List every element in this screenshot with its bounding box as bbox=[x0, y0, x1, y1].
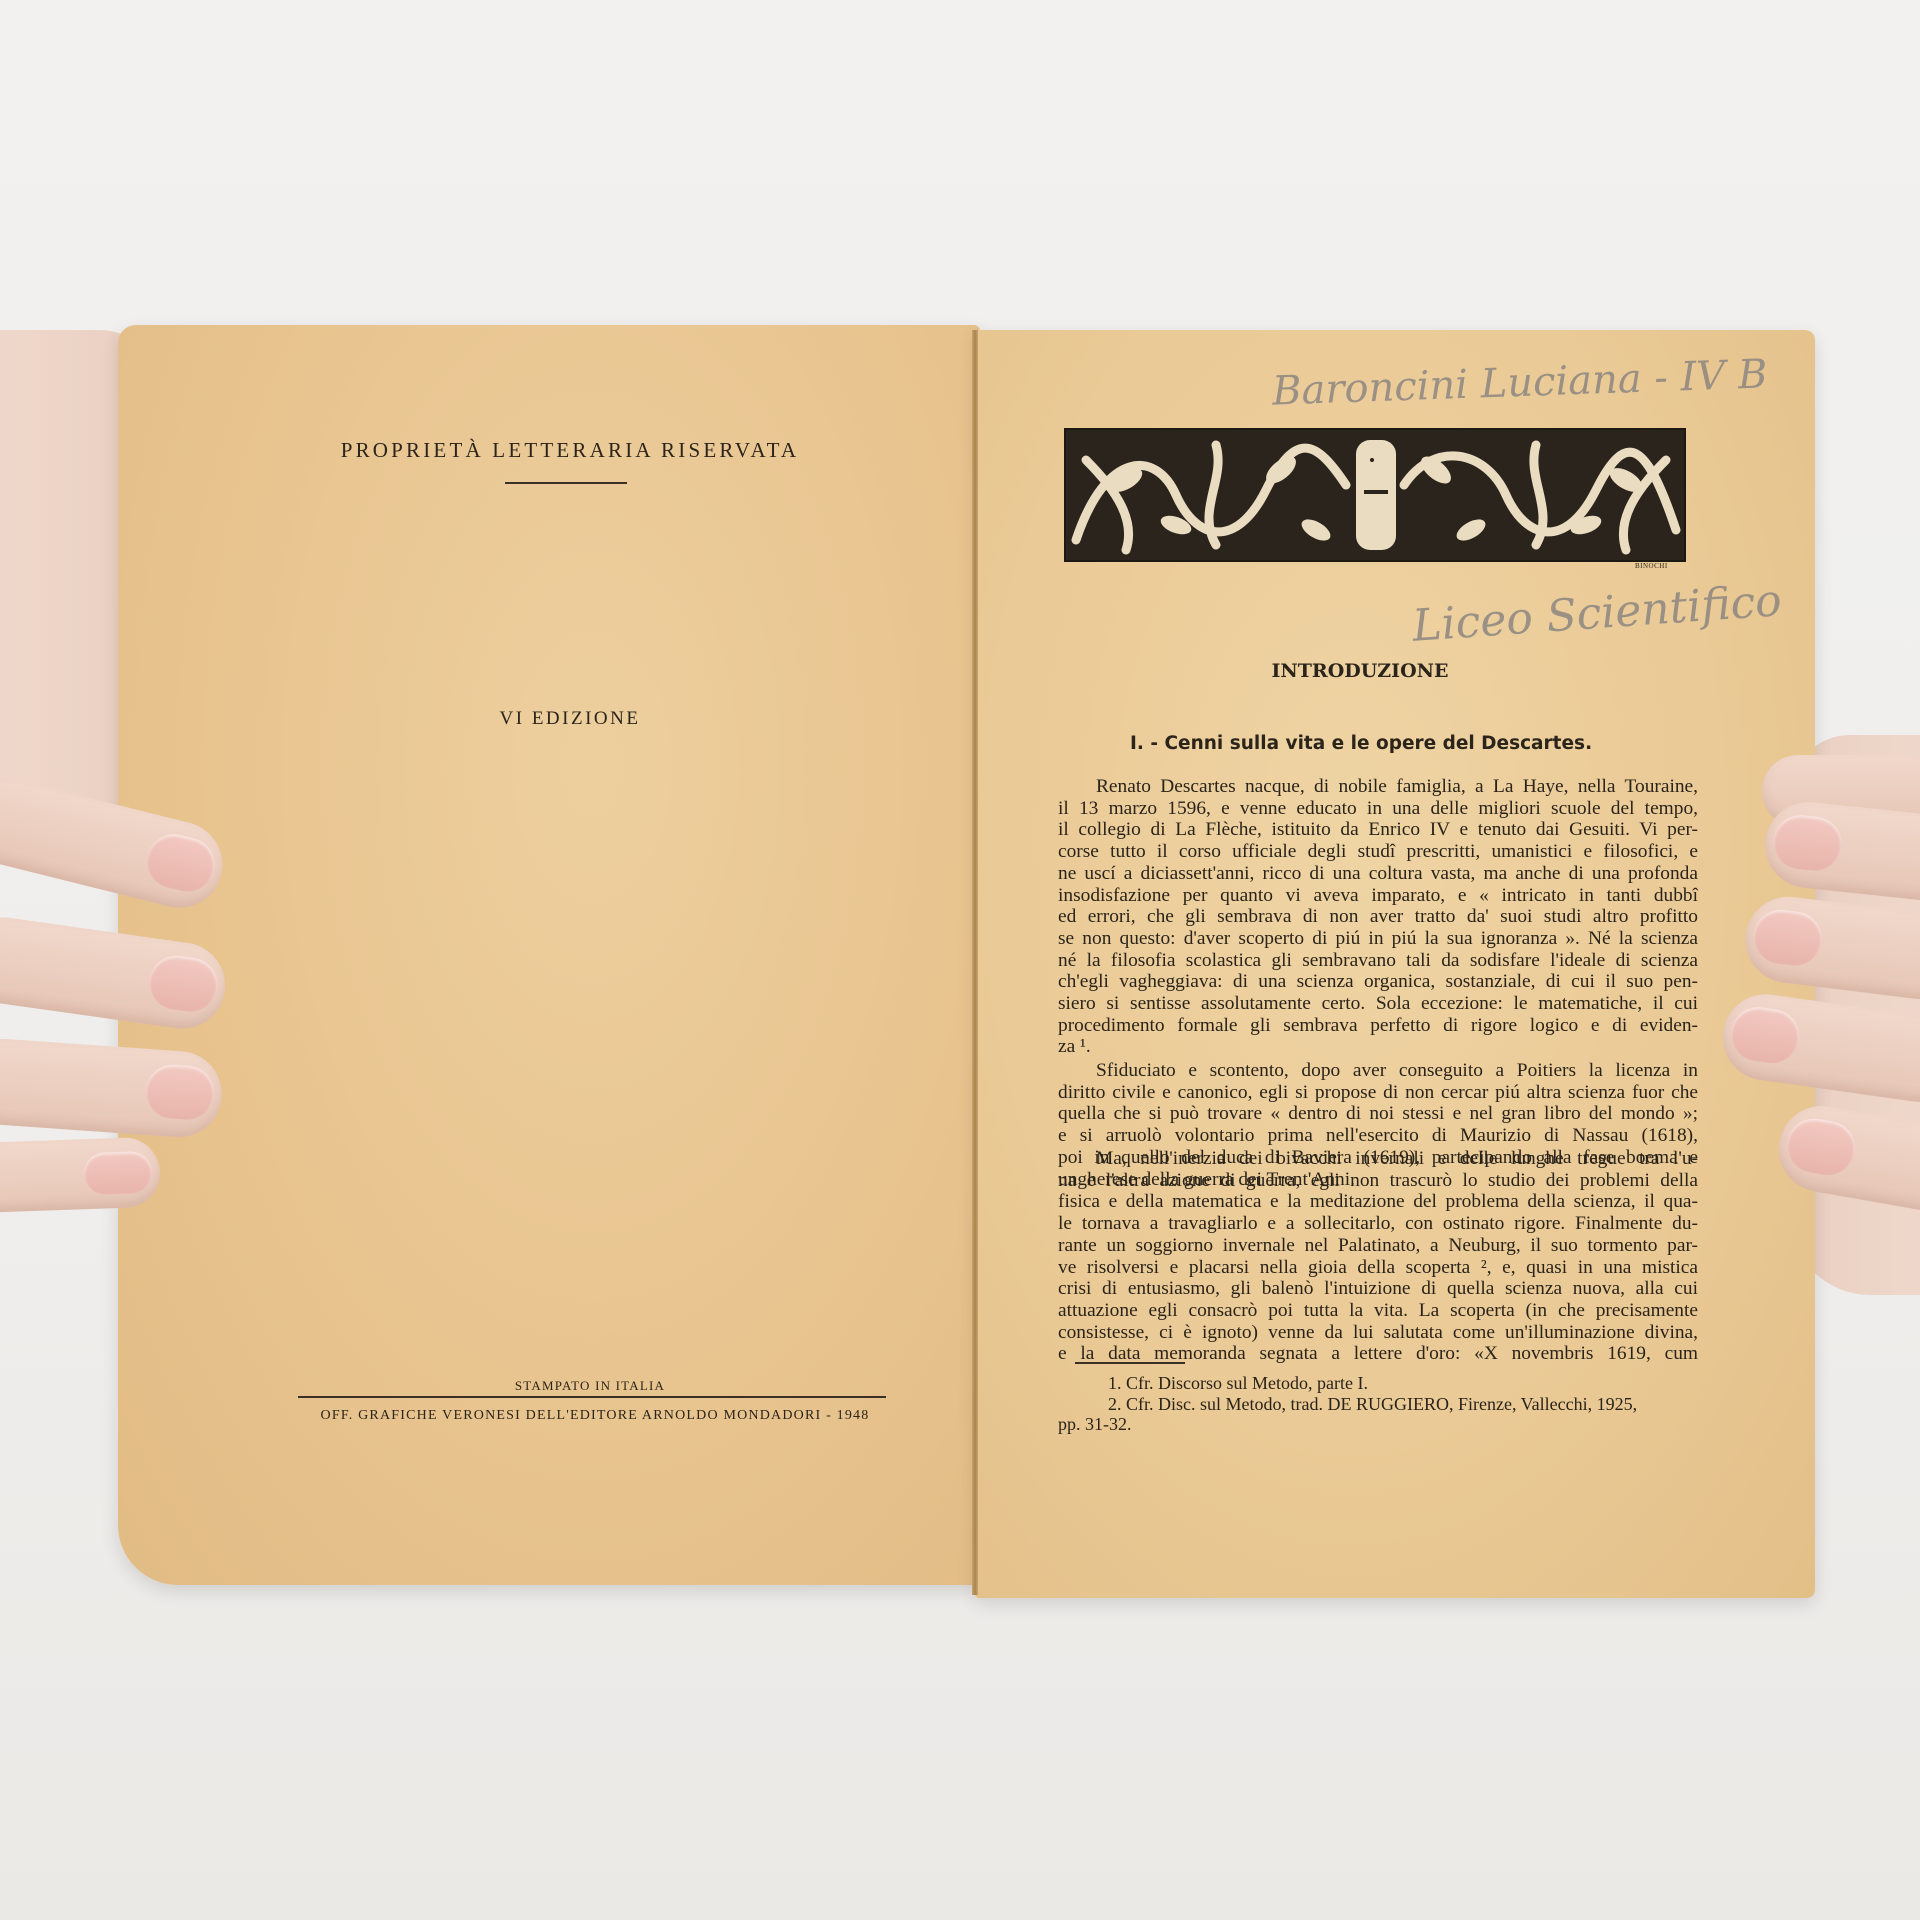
footnote-rule bbox=[1075, 1362, 1185, 1364]
fingernail bbox=[1751, 907, 1825, 969]
printer-rule bbox=[298, 1396, 886, 1398]
text-line: ne uscí a diciassett'anni, ricco di una … bbox=[1058, 863, 1698, 885]
text-line: né la filosofia scolastica gli sembravan… bbox=[1058, 950, 1698, 972]
copyright-rule bbox=[505, 482, 627, 484]
text-line: le tornava a travagliarlo e a sollecitar… bbox=[1058, 1213, 1698, 1235]
printed-in-italy: STAMPATO IN ITALIA bbox=[440, 1378, 740, 1394]
text-line: ch'egli vagheggiava: di una scienza orga… bbox=[1058, 971, 1698, 993]
text-line: za ¹. bbox=[1058, 1036, 1698, 1058]
fingernail bbox=[144, 1063, 216, 1122]
finger bbox=[0, 1137, 161, 1214]
text-line: procedimento formale gli sembrava perfet… bbox=[1058, 1015, 1698, 1037]
ornament-artist-signature: BINOCHI bbox=[1635, 562, 1668, 570]
decorative-floral-headpiece bbox=[1064, 428, 1686, 562]
fingernail bbox=[1728, 1004, 1803, 1067]
text-line: crisi di entusiasmo, gli balenò l'intuiz… bbox=[1058, 1278, 1698, 1300]
paragraph-3: Ma, nell'inerzia dei bivacchi invernali … bbox=[1058, 1148, 1698, 1365]
text-line: na e l'altra azione di guerra, egli non … bbox=[1058, 1170, 1698, 1192]
text-line: e si arruolò volontario prima nell'eserc… bbox=[1058, 1125, 1698, 1147]
text-line: attuazione egli consacrò poi tutta la vi… bbox=[1058, 1300, 1698, 1322]
text-line: fisica e della matematica e la meditazio… bbox=[1058, 1191, 1698, 1213]
text-line: quella che si può trovare « dentro di no… bbox=[1058, 1103, 1698, 1125]
text-line: diritto civile e canonico, egli si propo… bbox=[1058, 1082, 1698, 1104]
text-line: il collegio di La Flèche, istituito da E… bbox=[1058, 819, 1698, 841]
floral-scroll-pattern-icon bbox=[1066, 430, 1684, 560]
footnote-2: 2. Cfr. Disc. sul Metodo, trad. DE RUGGI… bbox=[1108, 1394, 1637, 1415]
text-line: siero si sentisse assolutamente certo. S… bbox=[1058, 993, 1698, 1015]
text-line: il 13 marzo 1596, e venne educato in una… bbox=[1058, 798, 1698, 820]
fingernail bbox=[1771, 813, 1844, 874]
text-line: insodisfazione per quanto vi aveva impar… bbox=[1058, 885, 1698, 907]
text-line: se non questo: d'aver scoperto di piú in… bbox=[1058, 928, 1698, 950]
text-line: Ma, nell'inerzia dei bivacchi invernali … bbox=[1058, 1148, 1698, 1170]
chapter-title: INTRODUZIONE bbox=[1200, 660, 1520, 682]
fingernail bbox=[83, 1151, 152, 1195]
book-spine-gutter bbox=[972, 330, 978, 1595]
text-line: Renato Descartes nacque, di nobile famig… bbox=[1058, 776, 1698, 798]
text-line: rante un soggiorno invernale nel Palatin… bbox=[1058, 1235, 1698, 1257]
text-line: Sfiduciato e scontento, dopo aver conseg… bbox=[1058, 1060, 1698, 1082]
text-line: consistesse, ci è ignoto) venne da lui s… bbox=[1058, 1322, 1698, 1344]
text-line: ve risolversi e placarsi nella gioia del… bbox=[1058, 1257, 1698, 1279]
footnote-1: 1. Cfr. Discorso sul Metodo, parte I. bbox=[1108, 1373, 1368, 1394]
copyright-line: PROPRIETÀ LETTERARIA RISERVATA bbox=[320, 438, 820, 463]
fingernail bbox=[141, 829, 220, 898]
printer-line: OFF. GRAFICHE VERONESI DELL'EDITORE ARNO… bbox=[300, 1408, 890, 1424]
text-line: ed errori, che gli sembrava di non aver … bbox=[1058, 906, 1698, 928]
text-line: corse tutto il corso ufficiale degli stu… bbox=[1058, 841, 1698, 863]
footnote-2-continued: pp. 31-32. bbox=[1058, 1414, 1132, 1435]
fingernail bbox=[146, 952, 221, 1015]
section-title: I. - Cenni sulla vita e le opere del Des… bbox=[1130, 733, 1690, 754]
paragraph-1: Renato Descartes nacque, di nobile famig… bbox=[1058, 776, 1698, 1058]
edition-label: VI EDIZIONE bbox=[450, 708, 690, 730]
photo-scene: PROPRIETÀ LETTERARIA RISERVATA VI EDIZIO… bbox=[0, 0, 1920, 1920]
fingernail bbox=[1783, 1114, 1859, 1179]
